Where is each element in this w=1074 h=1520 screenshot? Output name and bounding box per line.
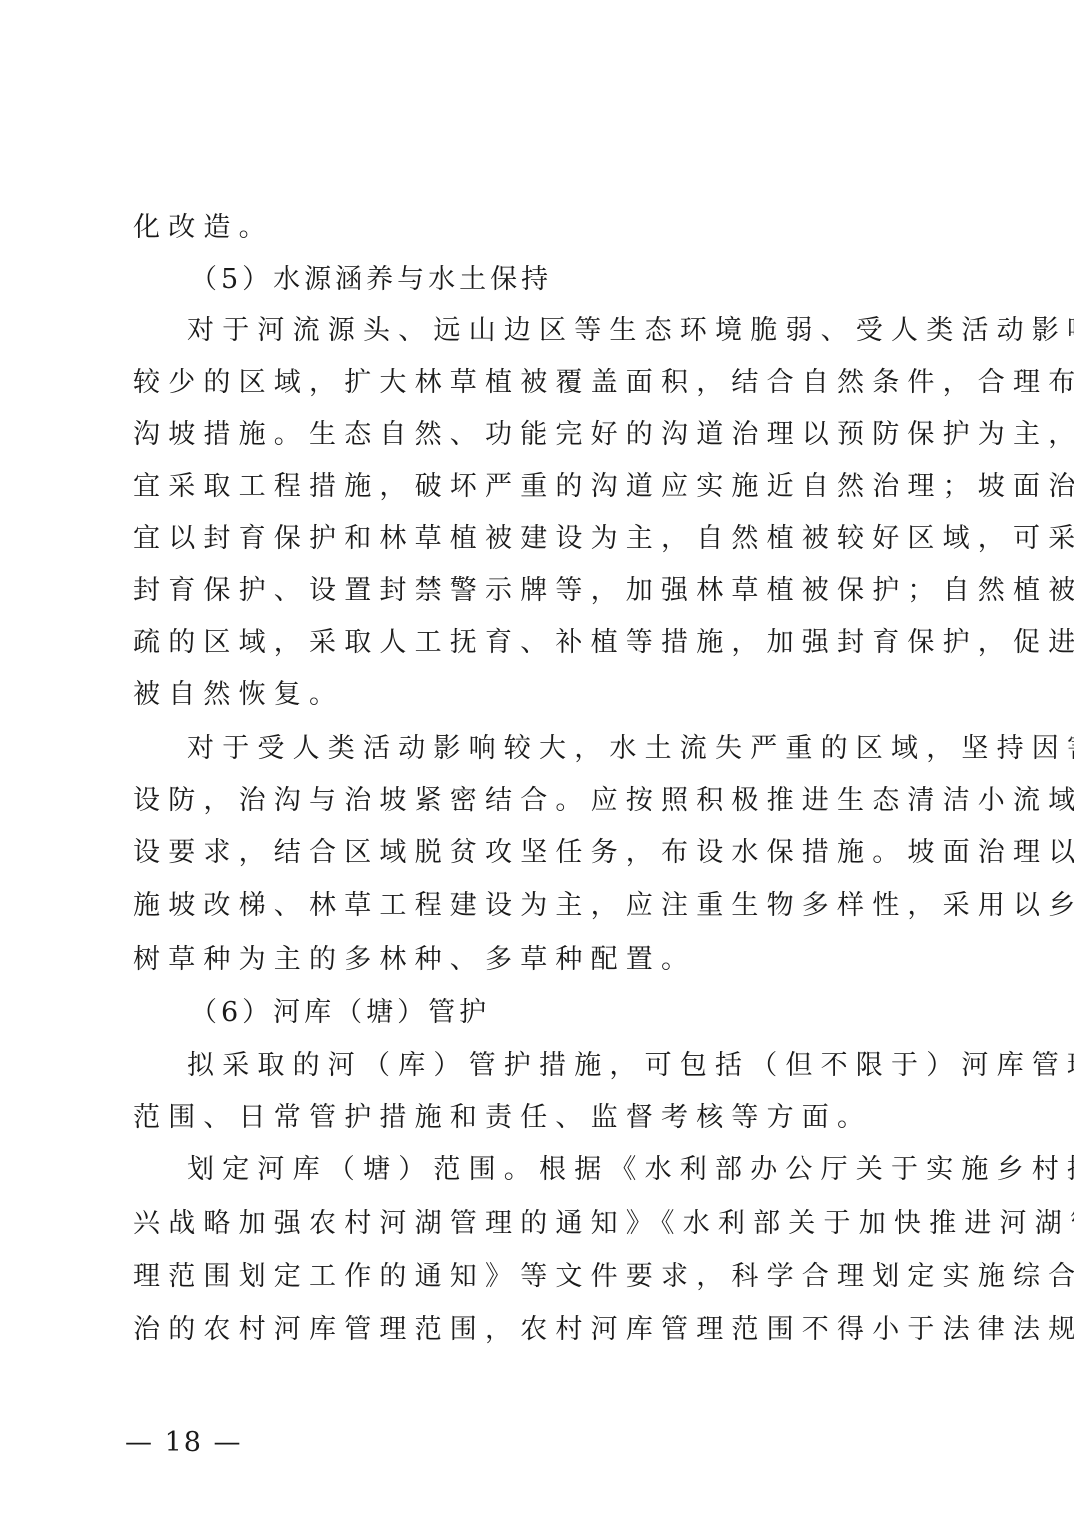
paragraph-line: 沟坡措施。生态自然、功能完好的沟道治理以预防保护为主，不 — [133, 415, 953, 455]
page-number: — 18 — — [125, 1426, 243, 1460]
paragraph-line: 设防，治沟与治坡紧密结合。应按照积极推进生态清洁小流域建 — [133, 781, 953, 821]
paragraph-line: 设要求，结合区域脱贫攻坚任务，布设水保措施。坡面治理以实 — [133, 833, 953, 873]
paragraph-line: 对于受人类活动影响较大，水土流失严重的区域，坚持因害 — [187, 729, 1007, 769]
paragraph-line: 疏的区域，采取人工抚育、补植等措施，加强封育保护，促进植 — [133, 623, 953, 663]
paragraph-line: 树草种为主的多林种、多草种配置。 — [133, 940, 953, 980]
paragraph-line: 治的农村河库管理范围，农村河库管理范围不得小于法律法规和 — [133, 1310, 953, 1350]
text-line: 化改造。 — [133, 208, 953, 248]
paragraph-line: 划定河库（塘）范围。根据《水利部办公厅关于实施乡村振 — [187, 1150, 1007, 1190]
paragraph-line: 兴战略加强农村河湖管理的通知》《水利部关于加快推进河湖管 — [133, 1204, 953, 1244]
paragraph-line: 被自然恢复。 — [133, 675, 953, 715]
document-page: 化改造。 （5）水源涵养与水土保持 对于河流源头、远山边区等生态环境脆弱、受人类… — [0, 0, 1074, 1520]
paragraph-line: 较少的区域，扩大林草植被覆盖面积，结合自然条件，合理布置 — [133, 363, 953, 403]
paragraph-line: 宜以封育保护和林草植被建设为主，自然植被较好区域，可采取 — [133, 519, 953, 559]
paragraph-line: 施坡改梯、林草工程建设为主，应注重生物多样性，采用以乡土 — [133, 886, 953, 926]
paragraph-line: 范围、日常管护措施和责任、监督考核等方面。 — [133, 1098, 953, 1138]
paragraph-line: 对于河流源头、远山边区等生态环境脆弱、受人类活动影响 — [187, 311, 1007, 351]
section-heading-6: （6）河库（塘）管护 — [190, 993, 1010, 1033]
paragraph-line: 拟采取的河（库）管护措施，可包括（但不限于）河库管理 — [187, 1046, 1007, 1086]
paragraph-line: 宜采取工程措施，破坏严重的沟道应实施近自然治理；坡面治理 — [133, 467, 953, 507]
section-heading-5: （5）水源涵养与水土保持 — [190, 260, 1010, 300]
paragraph-line: 封育保护、设置封禁警示牌等，加强林草植被保护；自然植被稀 — [133, 571, 953, 611]
paragraph-line: 理范围划定工作的通知》等文件要求，科学合理划定实施综合整 — [133, 1257, 953, 1297]
